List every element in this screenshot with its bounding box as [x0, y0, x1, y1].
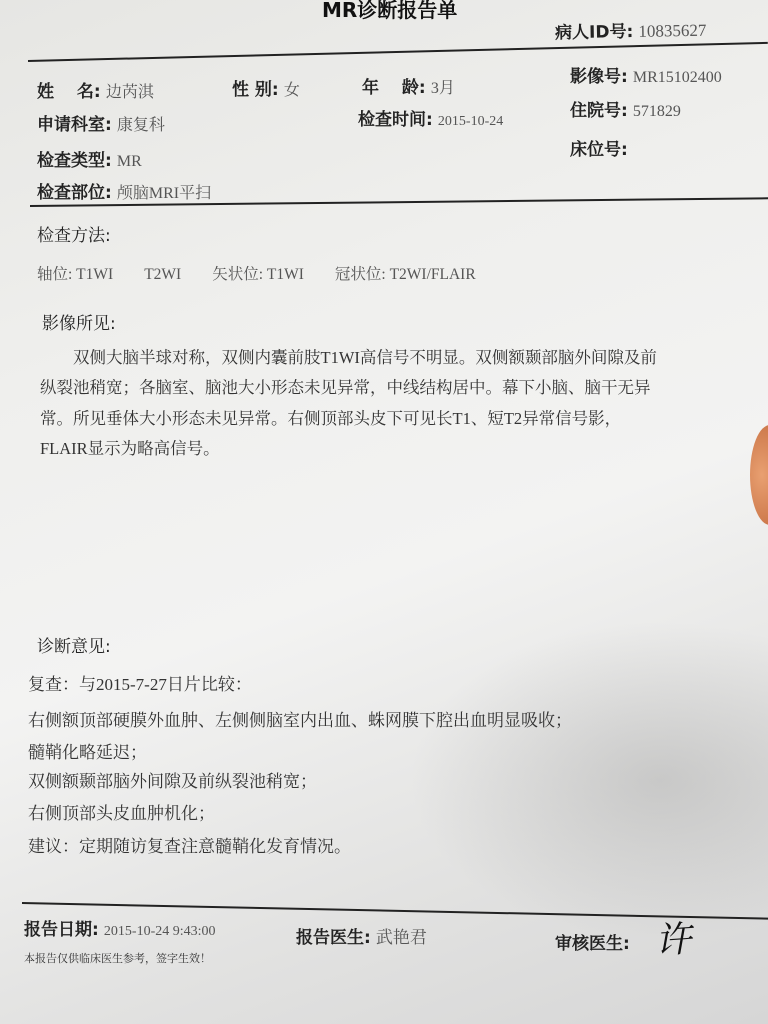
- report-date-label: 报告日期:: [24, 920, 99, 940]
- report-title: MR诊断报告单: [322, 0, 457, 23]
- method-heading: 检查方法:: [37, 221, 111, 246]
- report-date: 报告日期: 2015-10-24 9:43:00: [24, 915, 216, 940]
- method-line: 轴位: T1WI T2WI 矢状位: T1WI 冠状位: T2WI/FLAIR: [37, 262, 476, 284]
- image-number: 影像号: MR15102400: [570, 62, 722, 87]
- image-no-value: MR15102400: [633, 69, 722, 86]
- name-label: 姓 名:: [37, 82, 101, 102]
- exam-time-value: 2015-10-24: [438, 114, 503, 129]
- admission-no-label: 住院号:: [570, 101, 628, 121]
- report-doctor: 报告医生: 武艳君: [296, 923, 427, 948]
- exam-time-label: 检查时间:: [358, 110, 433, 130]
- admission-number: 住院号: 571829: [570, 96, 681, 121]
- diagnosis-line-6: 建议：定期随访复查注意髓鞘化发育情况。: [28, 832, 351, 857]
- patient-name: 姓 名: 边芮淇: [37, 77, 154, 102]
- exam-type: 检查类型: MR: [37, 146, 142, 171]
- diagnosis-line-1: 复查：与2015-7-27日片比较：: [28, 670, 252, 695]
- diagnosis-line-4: 双侧额颞部脑外间隙及前纵裂池稍宽；: [28, 767, 317, 792]
- findings-line-4: FLAIR显示为略高信号。: [40, 435, 220, 459]
- patient-id-value: 10835627: [638, 21, 706, 41]
- header-divider: [28, 42, 768, 62]
- name-value: 边芮淇: [106, 84, 154, 101]
- patient-id-label: 病人ID号:: [555, 22, 634, 43]
- patient-age: 年 龄: 3月: [362, 73, 455, 98]
- exam-type-value: MR: [117, 153, 142, 170]
- exam-site-label: 检查部位:: [37, 183, 112, 203]
- report-date-value: 2015-10-24 9:43:00: [104, 924, 216, 939]
- department: 申请科室: 康复科: [37, 110, 165, 135]
- bed-number: 床位号:: [570, 135, 628, 160]
- admission-no-value: 571829: [633, 103, 681, 120]
- diagnosis-line-2: 右侧额顶部硬膜外血肿、左侧侧脑室内出血、蛛网膜下腔出血明显吸收；: [28, 706, 572, 731]
- diagnosis-line-5: 右侧顶部头皮血肿机化；: [28, 799, 215, 824]
- findings-line-1: 双侧大脑半球对称，双侧内囊前肢T1WI高信号不明显。双侧额颞部脑外间隙及前: [40, 344, 657, 368]
- exam-type-label: 检查类型:: [37, 151, 112, 171]
- bed-no-label: 床位号:: [570, 140, 628, 160]
- exam-site: 检查部位: 颅脑MRI平扫: [37, 178, 211, 203]
- reviewer: 审核医生:: [555, 929, 630, 954]
- patient-gender: 性 别: 女: [232, 75, 300, 100]
- paper-shadow: [408, 620, 768, 940]
- age-value: 3月: [431, 80, 455, 97]
- report-doctor-label: 报告医生:: [296, 928, 371, 948]
- diagnosis-line-3: 髓鞘化略延迟；: [28, 738, 147, 763]
- image-no-label: 影像号:: [570, 67, 628, 87]
- findings-line-2: 纵裂池稍宽；各脑室、脑池大小形态未见异常，中线结构居中。幕下小脑、脑干无异: [40, 374, 651, 398]
- reviewer-label: 审核医生:: [555, 934, 630, 954]
- disclaimer: 本报告仅供临床医生参考，签字生效！: [24, 950, 211, 966]
- reviewer-signature: 许: [653, 911, 692, 964]
- finger-edge: [750, 425, 768, 525]
- gender-label: 性 别:: [232, 80, 279, 100]
- gender-value: 女: [284, 82, 300, 99]
- department-value: 康复科: [117, 117, 165, 134]
- department-label: 申请科室:: [37, 115, 112, 135]
- patient-id: 病人ID号: 10835627: [555, 16, 707, 44]
- diagnosis-heading: 诊断意见:: [37, 632, 111, 657]
- findings-line-3: 常。所见垂体大小形态未见异常。右侧顶部头皮下可见长T1、短T2异常信号影，: [40, 405, 621, 429]
- findings-heading: 影像所见:: [42, 309, 116, 334]
- exam-site-value: 颅脑MRI平扫: [117, 185, 211, 202]
- report-doctor-value: 武艳君: [376, 928, 427, 947]
- exam-time: 检查时间: 2015-10-24: [358, 105, 503, 130]
- age-label: 年 龄:: [362, 78, 426, 98]
